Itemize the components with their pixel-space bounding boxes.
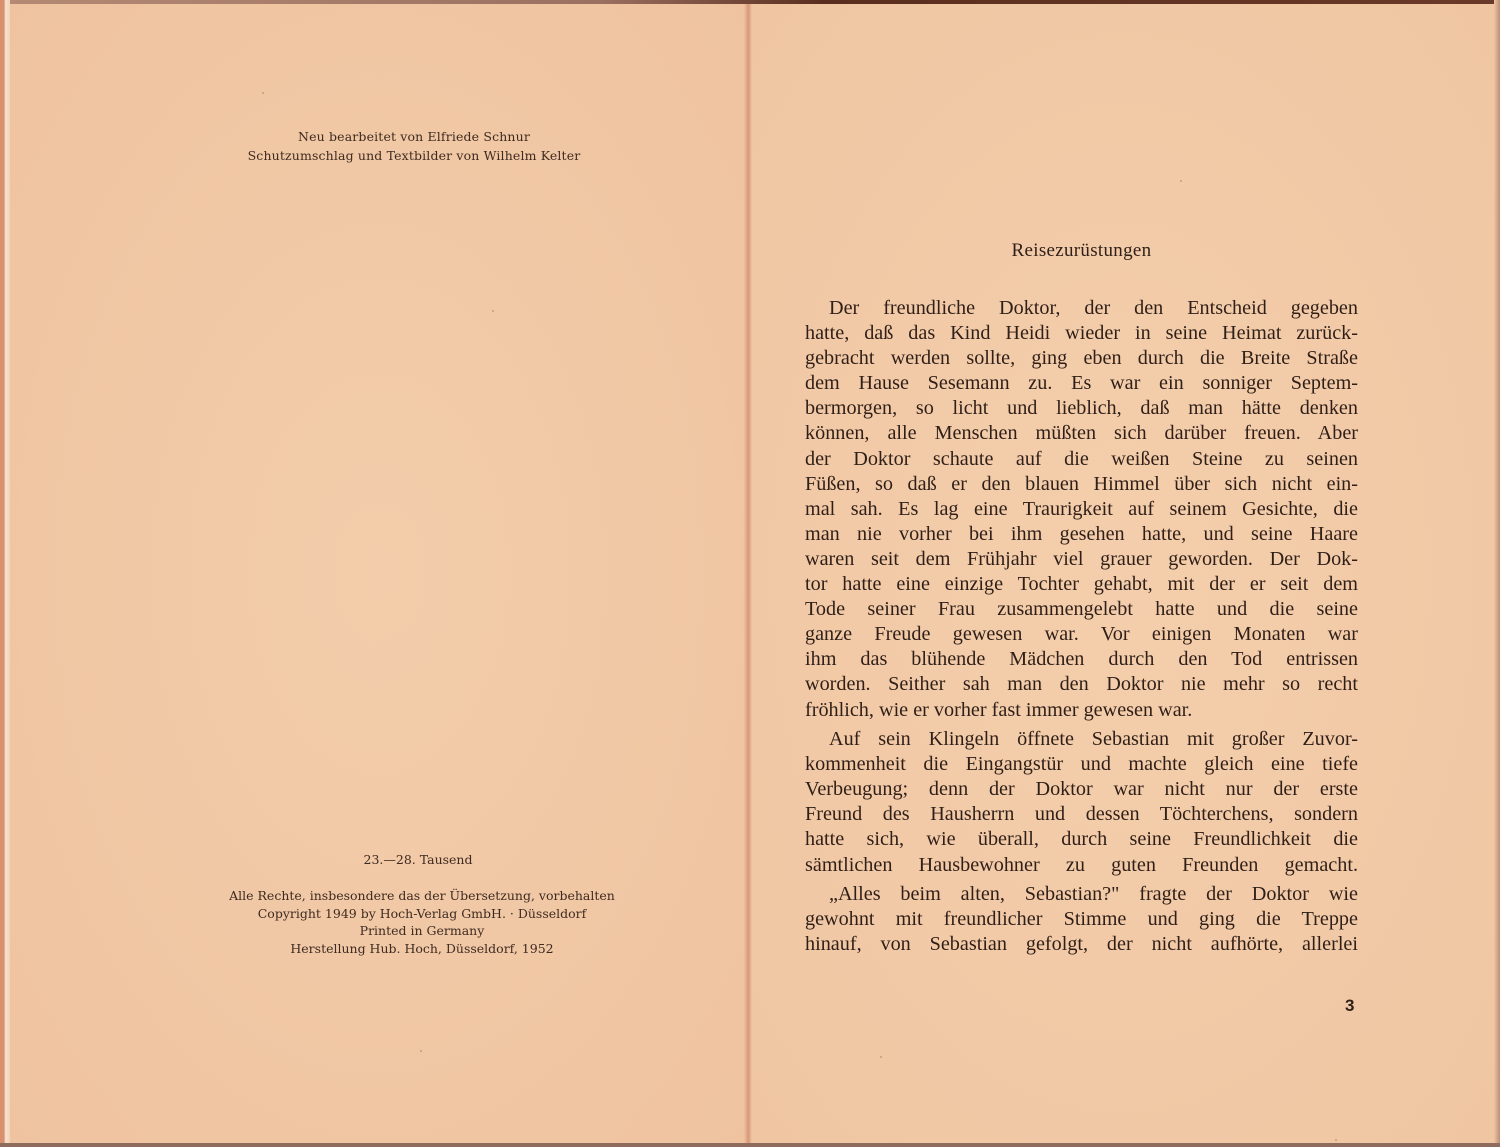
page-number: 3 (1345, 996, 1354, 1016)
text-line: man nie vorher bei ihm gesehen hatte, un… (805, 522, 1358, 547)
text-line: der Doktor schaute auf die weißen Steine… (805, 447, 1358, 472)
imprint-printed-in: Printed in Germany (0, 922, 844, 940)
paper-speck (262, 92, 264, 94)
paragraph-3: „Alles beim alten, Sebastian?" fragte de… (805, 882, 1358, 957)
text-line: gebracht werden sollte, ging eben durch … (805, 346, 1358, 371)
paper-speck (1335, 1139, 1337, 1141)
text-line: hinauf, von Sebastian gefolgt, der nicht… (805, 932, 1358, 957)
text-line: worden. Seither sah man den Doktor nie m… (805, 672, 1358, 697)
text-line: Der freundliche Doktor, der den Entschei… (805, 296, 1358, 321)
paper-speck (420, 1050, 422, 1052)
text-line: Auf sein Klingeln öffnete Sebastian mit … (805, 727, 1358, 752)
imprint-copyright: Copyright 1949 by Hoch-Verlag GmbH. · Dü… (0, 905, 844, 923)
credit-illustrator: Schutzumschlag und Textbilder von Wilhel… (0, 146, 828, 165)
paragraph-2: Auf sein Klingeln öffnete Sebastian mit … (805, 727, 1358, 878)
text-line: Füßen, so daß er den blauen Himmel über … (805, 472, 1358, 497)
book-spread: Neu bearbeitet von Elfriede Schnur Schut… (0, 0, 1500, 1147)
imprint-production: Herstellung Hub. Hoch, Düsseldorf, 1952 (0, 940, 844, 958)
text-line: gewohnt mit freundlicher Stimme und ging… (805, 907, 1358, 932)
page-edge-left (0, 0, 10, 1147)
paragraph-1: Der freundliche Doktor, der den Entschei… (805, 296, 1358, 723)
text-line: hatte, daß das Kind Heidi wieder in sein… (805, 321, 1358, 346)
imprint-block: Alle Rechte, insbesondere das der Überse… (0, 887, 844, 957)
paper-speck (492, 310, 494, 312)
chapter-body: Der freundliche Doktor, der den Entschei… (805, 296, 1358, 957)
text-line: ihm das blühende Mädchen durch den Tod e… (805, 647, 1358, 672)
text-line: waren seit dem Frühjahr viel grauer gewo… (805, 547, 1358, 572)
text-line: Verbeugung; denn der Doktor war nicht nu… (805, 777, 1358, 802)
text-line: hatte sich, wie überall, durch seine Fre… (805, 827, 1358, 852)
text-line: kommenheit die Eingangstür und machte gl… (805, 752, 1358, 777)
text-line: sämtlichen Hausbewohner zu guten Freunde… (805, 853, 1358, 878)
text-line: bermorgen, so licht und lieblich, daß ma… (805, 396, 1358, 421)
credit-editor: Neu bearbeitet von Elfriede Schnur (0, 127, 828, 146)
credits-block: Neu bearbeitet von Elfriede Schnur Schut… (0, 127, 828, 165)
text-line: „Alles beim alten, Sebastian?" fragte de… (805, 882, 1358, 907)
text-line: mal sah. Es lag eine Traurigkeit auf sei… (805, 497, 1358, 522)
book-cover-edge-bottom (0, 1143, 1500, 1147)
text-line: dem Hause Sesemann zu. Es war ein sonnig… (805, 371, 1358, 396)
text-line: Tode seiner Frau zusammengelebt hatte un… (805, 597, 1358, 622)
text-line: fröhlich, wie er vorher fast immer gewes… (805, 698, 1358, 723)
imprint-rights: Alle Rechte, insbesondere das der Überse… (0, 887, 844, 905)
text-line: Freund des Hausherrn und dessen Töchterc… (805, 802, 1358, 827)
edition-note: 23.—28. Tausend (0, 852, 836, 867)
paper-speck (1180, 180, 1182, 182)
text-line: tor hatte eine einzige Tochter gehabt, m… (805, 572, 1358, 597)
page-edge-right (1494, 0, 1500, 1147)
paper-speck (880, 1056, 882, 1058)
chapter-title: Reisezurüstungen (805, 240, 1358, 262)
text-line: ganze Freude gewesen war. Vor einigen Mo… (805, 622, 1358, 647)
left-page (10, 4, 748, 1143)
text-line: können, alle Menschen müßten sich darübe… (805, 421, 1358, 446)
book-gutter (744, 4, 752, 1143)
